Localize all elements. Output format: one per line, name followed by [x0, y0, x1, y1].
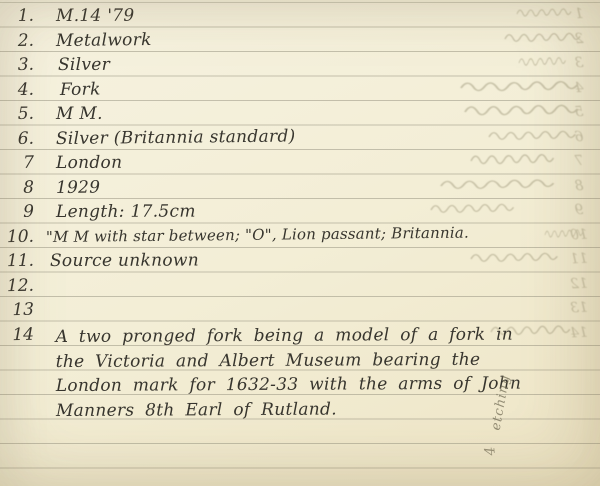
entry-text: London: [56, 153, 122, 173]
entry-number: 3.: [0, 55, 34, 76]
entry-row-9: 9Length: 17.5cm: [0, 202, 196, 222]
entry-number: 14: [0, 324, 34, 345]
entry-number: 11.: [0, 251, 34, 272]
entry-row-3: 3.Silver: [0, 55, 110, 75]
corner-mark: 4: [482, 446, 499, 456]
entry-text: Source unknown: [50, 250, 199, 271]
entry-text: A two pronged fork being a model of a fo…: [55, 322, 548, 423]
entry-row-4: 4.Fork: [0, 80, 101, 100]
entry-text: M M.: [56, 104, 103, 124]
entry-row-1: 1.M.14 '79: [0, 6, 135, 26]
entry-row-2: 2.Metalwork: [0, 31, 152, 51]
entry-row-14: 14A two pronged fork being a model of a …: [0, 325, 548, 423]
entry-number: 8: [0, 177, 34, 198]
entry-row-6: 6.Silver (Britannia standard): [0, 129, 296, 149]
entry-text: Silver: [58, 55, 110, 75]
entry-number: 4.: [0, 79, 34, 100]
entry-number: 1.: [0, 6, 34, 27]
entry-text: M.14 '79: [56, 6, 135, 26]
entry-number: 12.: [0, 275, 34, 296]
entry-row-7: 7London: [0, 153, 122, 173]
entry-number: 6.: [0, 128, 34, 149]
ledger-page: 1 2 3 4 5 6 7 8 9 10 11 12 13 14 1.M.14 …: [0, 0, 600, 486]
entry-text: Metalwork: [56, 29, 152, 50]
entry-text: 1929: [56, 177, 101, 197]
entry-row-8: 81929: [0, 178, 100, 198]
entry-number: 10.: [0, 226, 34, 247]
entry-number: 2.: [0, 30, 34, 51]
entry-number: 7: [0, 153, 34, 174]
entry-row-13: 13: [0, 300, 56, 320]
entry-text: Fork: [60, 79, 101, 99]
entry-row-5: 5.M M.: [0, 104, 103, 124]
entry-number: 9: [0, 202, 34, 223]
entry-text: Length: 17.5cm: [56, 202, 196, 222]
entry-row-10: 10."M M with star between; "O", Lion pas…: [0, 227, 469, 247]
entry-text: Silver (Britannia standard): [56, 126, 296, 149]
entry-row-11: 11.Source unknown: [0, 251, 199, 271]
top-ruled-line: [0, 2, 600, 3]
entry-row-12: 12.: [0, 276, 56, 296]
entry-text: "M M with star between; "O", Lion passan…: [46, 223, 469, 245]
entry-number: 5.: [0, 104, 34, 125]
entry-number: 13: [0, 300, 34, 321]
